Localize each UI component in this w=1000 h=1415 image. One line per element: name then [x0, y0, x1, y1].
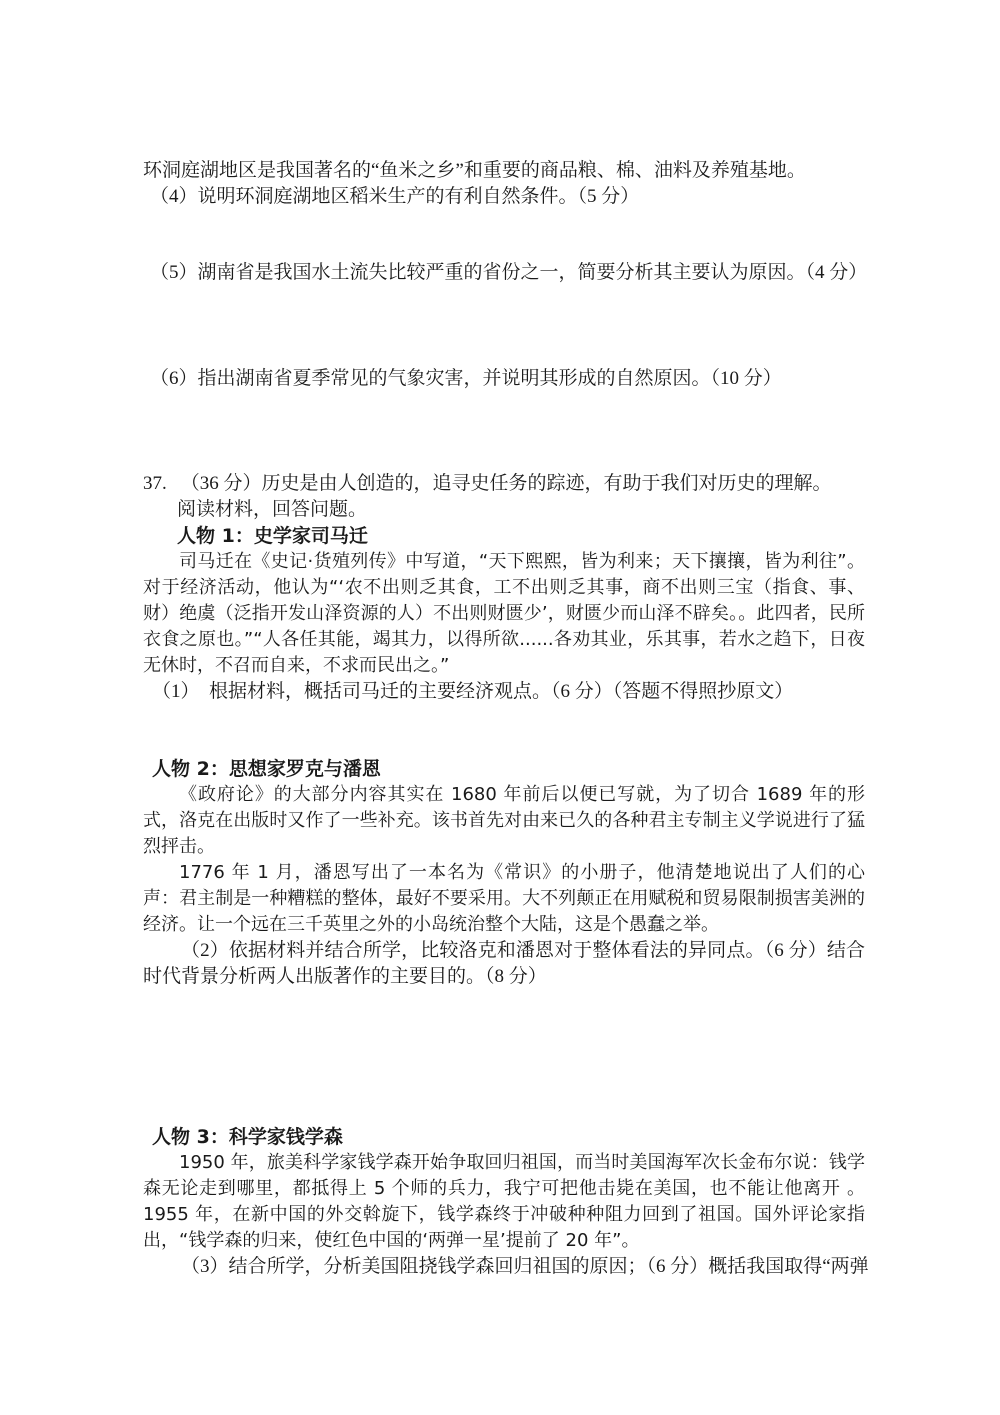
person-1-heading: 人物 1：史学家司马迁	[177, 523, 865, 549]
person-3-block: 人物 3：科学家钱学森 1950 年，旅美科学家钱学森开始争取回归祖国，而当时美…	[143, 1124, 865, 1280]
person-3-heading: 人物 3：科学家钱学森	[152, 1124, 865, 1150]
question-1-line: （1） 根据材料，概括司马迁的主要经济观点。（6 分）（答题不得照抄原文）	[152, 679, 865, 705]
question-37-number: 37.	[143, 471, 167, 497]
geo-question-block-3: （6）指出湖南省夏季常见的气象灾害，并说明其形成的自然原因。（10 分）	[143, 366, 865, 392]
question-5-line: （5）湖南省是我国水土流失比较严重的省份之一，简要分析其主要认为原因。（4 分）	[150, 260, 865, 286]
question-37-block: 37. （36 分）历史是由人创造的，追寻史任务的踪迹，有助于我们对历史的理解。…	[143, 471, 865, 705]
question-4-line: （4）说明环洞庭湖地区稻米生产的有利自然条件。（5 分）	[150, 184, 865, 210]
question-6-line: （6）指出湖南省夏季常见的气象灾害，并说明其形成的自然原因。（10 分）	[150, 366, 865, 392]
person-2-material-locke: 《政府论》的大部分内容其实在 1680 年前后以便已写就，为了切合 1689 年…	[143, 782, 865, 860]
person-2-material-paine: 1776 年 1 月，潘恩写出了一本名为《常识》的小册子，他清楚地说出了人们的心…	[143, 860, 865, 938]
person-2-heading: 人物 2：思想家罗克与潘恩	[152, 756, 865, 782]
person-2-block: 人物 2：思想家罗克与潘恩 《政府论》的大部分内容其实在 1680 年前后以便已…	[143, 756, 865, 990]
reading-instruction: 阅读材料，回答问题。	[177, 497, 865, 523]
question-37-intro: （36 分）历史是由人创造的，追寻史任务的踪迹，有助于我们对历史的理解。	[181, 471, 832, 497]
geo-context-line: 环洞庭湖地区是我国著名的“鱼米之乡”和重要的商品粮、棉、油料及养殖基地。	[143, 158, 865, 184]
question-2-line: （2）依据材料并结合所学，比较洛克和潘恩对于整体看法的异同点。（6 分）结合时代…	[143, 938, 865, 990]
person-1-material: 司马迁在《史记·货殖列传》中写道，“天下熙熙，皆为利来；天下攘攘，皆为利往”。对…	[143, 549, 865, 679]
person-3-material: 1950 年，旅美科学家钱学森开始争取回归祖国，而当时美国海军次长金布尔说：钱学…	[143, 1150, 865, 1254]
geo-question-block-2: （5）湖南省是我国水土流失比较严重的省份之一，简要分析其主要认为原因。（4 分）	[143, 260, 865, 286]
exam-document-page: 环洞庭湖地区是我国著名的“鱼米之乡”和重要的商品粮、棉、油料及养殖基地。 （4）…	[0, 0, 1000, 1415]
question-37-header: 37. （36 分）历史是由人创造的，追寻史任务的踪迹，有助于我们对历史的理解。	[143, 471, 865, 497]
geo-question-block-1: 环洞庭湖地区是我国著名的“鱼米之乡”和重要的商品粮、棉、油料及养殖基地。 （4）…	[143, 158, 865, 210]
question-3-line: （3）结合所学，分析美国阻挠钱学森回归祖国的原因；（6 分）概括我国取得“两弹	[143, 1254, 865, 1280]
